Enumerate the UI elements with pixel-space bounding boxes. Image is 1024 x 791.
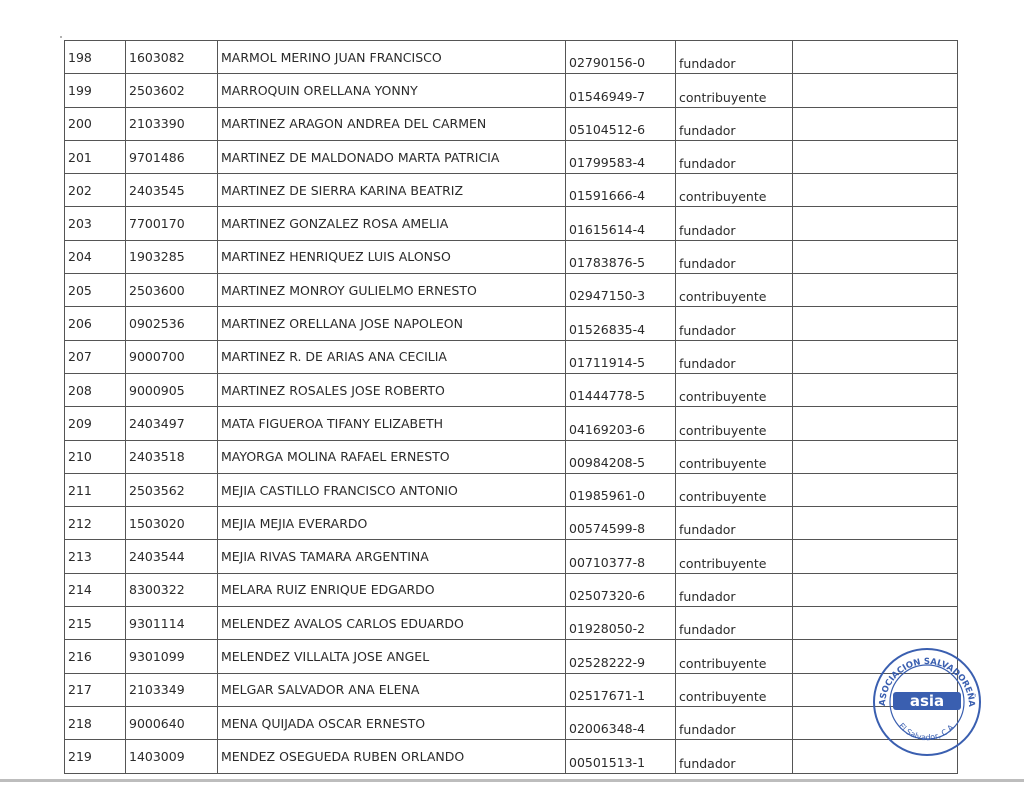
nit-cell: 01444778-5 — [566, 373, 676, 406]
table-row: 2060902536MARTINEZ ORELLANA JOSE NAPOLEO… — [65, 307, 958, 340]
nit-cell: 04169203-6 — [566, 407, 676, 440]
member-code-cell: 1603082 — [126, 41, 218, 74]
blank-cell — [793, 307, 958, 340]
member-type-cell: fundador — [676, 140, 793, 173]
table-row: 2191403009MENDEZ OSEGUEDA RUBEN ORLANDO0… — [65, 740, 958, 773]
member-roster-table: 1981603082MARMOL MERINO JUAN FRANCISCO02… — [64, 40, 958, 774]
member-name-cell: MENA QUIJADA OSCAR ERNESTO — [218, 706, 566, 739]
table-row: 2112503562MEJIA CASTILLO FRANCISCO ANTON… — [65, 473, 958, 506]
blank-cell — [793, 240, 958, 273]
member-code-cell: 9301114 — [126, 607, 218, 640]
member-type-cell: contribuyente — [676, 174, 793, 207]
row-number-cell: 205 — [65, 274, 126, 307]
blank-cell — [793, 41, 958, 74]
member-type-cell: contribuyente — [676, 74, 793, 107]
blank-cell — [793, 74, 958, 107]
row-number-cell: 203 — [65, 207, 126, 240]
blank-cell — [793, 607, 958, 640]
member-name-cell: MELENDEZ VILLALTA JOSE ANGEL — [218, 640, 566, 673]
table-row: 2002103390MARTINEZ ARAGON ANDREA DEL CAR… — [65, 107, 958, 140]
nit-cell: 01546949-7 — [566, 74, 676, 107]
row-number-cell: 206 — [65, 307, 126, 340]
member-code-cell: 2503600 — [126, 274, 218, 307]
nit-cell: 05104512-6 — [566, 107, 676, 140]
blank-cell — [793, 274, 958, 307]
member-code-cell: 9000905 — [126, 373, 218, 406]
row-number-cell: 208 — [65, 373, 126, 406]
row-number-cell: 218 — [65, 706, 126, 739]
member-type-cell: contribuyente — [676, 473, 793, 506]
member-type-cell: fundador — [676, 307, 793, 340]
member-name-cell: MARTINEZ GONZALEZ ROSA AMELIA — [218, 207, 566, 240]
table-row: 2089000905MARTINEZ ROSALES JOSE ROBERTO0… — [65, 373, 958, 406]
row-number-cell: 198 — [65, 41, 126, 74]
table-row: 2037700170MARTINEZ GONZALEZ ROSA AMELIA0… — [65, 207, 958, 240]
table-row: 2079000700MARTINEZ R. DE ARIAS ANA CECIL… — [65, 340, 958, 373]
nit-cell: 00710377-8 — [566, 540, 676, 573]
nit-cell: 01615614-4 — [566, 207, 676, 240]
blank-cell — [793, 174, 958, 207]
table-row: 2019701486MARTINEZ DE MALDONADO MARTA PA… — [65, 140, 958, 173]
nit-cell: 00501513-1 — [566, 740, 676, 773]
row-number-cell: 199 — [65, 74, 126, 107]
blank-cell — [793, 573, 958, 606]
organization-seal-icon: ASOCIACION SALVADOREÑA DE INGENIEROS Y A… — [871, 646, 983, 758]
table-row: 1981603082MARMOL MERINO JUAN FRANCISCO02… — [65, 41, 958, 74]
member-type-cell: fundador — [676, 340, 793, 373]
member-code-cell: 1503020 — [126, 507, 218, 540]
nit-cell: 01799583-4 — [566, 140, 676, 173]
svg-text:El Salvador, C.A.: El Salvador, C.A. — [897, 721, 958, 742]
row-number-cell: 217 — [65, 673, 126, 706]
member-type-cell: contribuyente — [676, 440, 793, 473]
member-code-cell: 2503602 — [126, 74, 218, 107]
table-row: 2041903285MARTINEZ HENRIQUEZ LUIS ALONSO… — [65, 240, 958, 273]
nit-cell: 02790156-0 — [566, 41, 676, 74]
nit-cell: 01783876-5 — [566, 240, 676, 273]
member-code-cell: 0902536 — [126, 307, 218, 340]
member-type-cell: fundador — [676, 107, 793, 140]
scan-edge-line — [0, 779, 1024, 782]
blank-cell — [793, 507, 958, 540]
member-type-cell: fundador — [676, 573, 793, 606]
member-type-cell: contribuyente — [676, 274, 793, 307]
row-number-cell: 211 — [65, 473, 126, 506]
row-number-cell: 207 — [65, 340, 126, 373]
row-number-cell: 210 — [65, 440, 126, 473]
scanned-document-page: 1981603082MARMOL MERINO JUAN FRANCISCO02… — [0, 0, 1024, 791]
nit-cell: 00984208-5 — [566, 440, 676, 473]
table-row: 2172103349MELGAR SALVADOR ANA ELENA02517… — [65, 673, 958, 706]
member-name-cell: MEJIA RIVAS TAMARA ARGENTINA — [218, 540, 566, 573]
blank-cell — [793, 407, 958, 440]
member-code-cell: 1403009 — [126, 740, 218, 773]
member-name-cell: MARTINEZ MONROY GULIELMO ERNESTO — [218, 274, 566, 307]
blank-cell — [793, 340, 958, 373]
member-name-cell: MARTINEZ DE MALDONADO MARTA PATRICIA — [218, 140, 566, 173]
blank-cell — [793, 473, 958, 506]
member-name-cell: MARTINEZ DE SIERRA KARINA BEATRIZ — [218, 174, 566, 207]
member-code-cell: 2403497 — [126, 407, 218, 440]
member-code-cell: 8300322 — [126, 573, 218, 606]
row-number-cell: 219 — [65, 740, 126, 773]
table-row: 1992503602MARROQUIN ORELLANA YONNY015469… — [65, 74, 958, 107]
member-code-cell: 9000700 — [126, 340, 218, 373]
member-code-cell: 2503562 — [126, 473, 218, 506]
nit-cell: 01591666-4 — [566, 174, 676, 207]
scan-speck — [60, 36, 62, 38]
member-code-cell: 1903285 — [126, 240, 218, 273]
nit-cell: 02517671-1 — [566, 673, 676, 706]
member-name-cell: MARTINEZ ROSALES JOSE ROBERTO — [218, 373, 566, 406]
nit-cell: 01711914-5 — [566, 340, 676, 373]
nit-cell: 02006348-4 — [566, 706, 676, 739]
member-type-cell: fundador — [676, 706, 793, 739]
member-name-cell: MARROQUIN ORELLANA YONNY — [218, 74, 566, 107]
nit-cell: 02528222-9 — [566, 640, 676, 673]
member-type-cell: fundador — [676, 207, 793, 240]
row-number-cell: 202 — [65, 174, 126, 207]
row-number-cell: 204 — [65, 240, 126, 273]
member-type-cell: contribuyente — [676, 673, 793, 706]
row-number-cell: 201 — [65, 140, 126, 173]
member-code-cell: 9701486 — [126, 140, 218, 173]
nit-cell: 01928050-2 — [566, 607, 676, 640]
row-number-cell: 209 — [65, 407, 126, 440]
nit-cell: 01985961-0 — [566, 473, 676, 506]
member-name-cell: MEJIA MEJIA EVERARDO — [218, 507, 566, 540]
blank-cell — [793, 140, 958, 173]
member-code-cell: 9000640 — [126, 706, 218, 739]
row-number-cell: 216 — [65, 640, 126, 673]
row-number-cell: 215 — [65, 607, 126, 640]
nit-cell: 01526835-4 — [566, 307, 676, 340]
table-row: 2132403544MEJIA RIVAS TAMARA ARGENTINA00… — [65, 540, 958, 573]
member-code-cell: 2403518 — [126, 440, 218, 473]
member-name-cell: MELGAR SALVADOR ANA ELENA — [218, 673, 566, 706]
seal-bottom-text: El Salvador, C.A. — [897, 721, 958, 742]
member-name-cell: MARTINEZ ORELLANA JOSE NAPOLEON — [218, 307, 566, 340]
table-row: 2022403545MARTINEZ DE SIERRA KARINA BEAT… — [65, 174, 958, 207]
nit-cell: 02947150-3 — [566, 274, 676, 307]
table-row: 2169301099MELENDEZ VILLALTA JOSE ANGEL02… — [65, 640, 958, 673]
member-code-cell: 9301099 — [126, 640, 218, 673]
table-row: 2148300322MELARA RUIZ ENRIQUE EDGARDO025… — [65, 573, 958, 606]
table-row: 2052503600MARTINEZ MONROY GULIELMO ERNES… — [65, 274, 958, 307]
blank-cell — [793, 540, 958, 573]
seal-logo-text: asia — [910, 692, 944, 710]
row-number-cell: 214 — [65, 573, 126, 606]
member-code-cell: 2103390 — [126, 107, 218, 140]
blank-cell — [793, 440, 958, 473]
member-type-cell: contribuyente — [676, 640, 793, 673]
member-type-cell: contribuyente — [676, 407, 793, 440]
table-row: 2102403518MAYORGA MOLINA RAFAEL ERNESTO0… — [65, 440, 958, 473]
blank-cell — [793, 207, 958, 240]
member-code-cell: 2103349 — [126, 673, 218, 706]
member-name-cell: MARTINEZ HENRIQUEZ LUIS ALONSO — [218, 240, 566, 273]
member-code-cell: 7700170 — [126, 207, 218, 240]
blank-cell — [793, 107, 958, 140]
table-row: 2159301114MELENDEZ AVALOS CARLOS EDUARDO… — [65, 607, 958, 640]
member-code-cell: 2403544 — [126, 540, 218, 573]
row-number-cell: 212 — [65, 507, 126, 540]
member-type-cell: contribuyente — [676, 373, 793, 406]
member-type-cell: fundador — [676, 507, 793, 540]
member-name-cell: MAYORGA MOLINA RAFAEL ERNESTO — [218, 440, 566, 473]
member-type-cell: fundador — [676, 41, 793, 74]
member-name-cell: MENDEZ OSEGUEDA RUBEN ORLANDO — [218, 740, 566, 773]
member-type-cell: fundador — [676, 240, 793, 273]
blank-cell — [793, 373, 958, 406]
member-type-cell: fundador — [676, 607, 793, 640]
table-row: 2189000640MENA QUIJADA OSCAR ERNESTO0200… — [65, 706, 958, 739]
member-name-cell: MARMOL MERINO JUAN FRANCISCO — [218, 41, 566, 74]
member-name-cell: MELENDEZ AVALOS CARLOS EDUARDO — [218, 607, 566, 640]
member-name-cell: MEJIA CASTILLO FRANCISCO ANTONIO — [218, 473, 566, 506]
member-code-cell: 2403545 — [126, 174, 218, 207]
row-number-cell: 213 — [65, 540, 126, 573]
member-type-cell: contribuyente — [676, 540, 793, 573]
row-number-cell: 200 — [65, 107, 126, 140]
nit-cell: 00574599-8 — [566, 507, 676, 540]
roster-table-body: 1981603082MARMOL MERINO JUAN FRANCISCO02… — [65, 41, 958, 774]
member-type-cell: fundador — [676, 740, 793, 773]
member-name-cell: MARTINEZ R. DE ARIAS ANA CECILIA — [218, 340, 566, 373]
member-name-cell: MELARA RUIZ ENRIQUE EDGARDO — [218, 573, 566, 606]
table-row: 2121503020MEJIA MEJIA EVERARDO00574599-8… — [65, 507, 958, 540]
member-name-cell: MARTINEZ ARAGON ANDREA DEL CARMEN — [218, 107, 566, 140]
nit-cell: 02507320-6 — [566, 573, 676, 606]
table-row: 2092403497MATA FIGUEROA TIFANY ELIZABETH… — [65, 407, 958, 440]
member-name-cell: MATA FIGUEROA TIFANY ELIZABETH — [218, 407, 566, 440]
